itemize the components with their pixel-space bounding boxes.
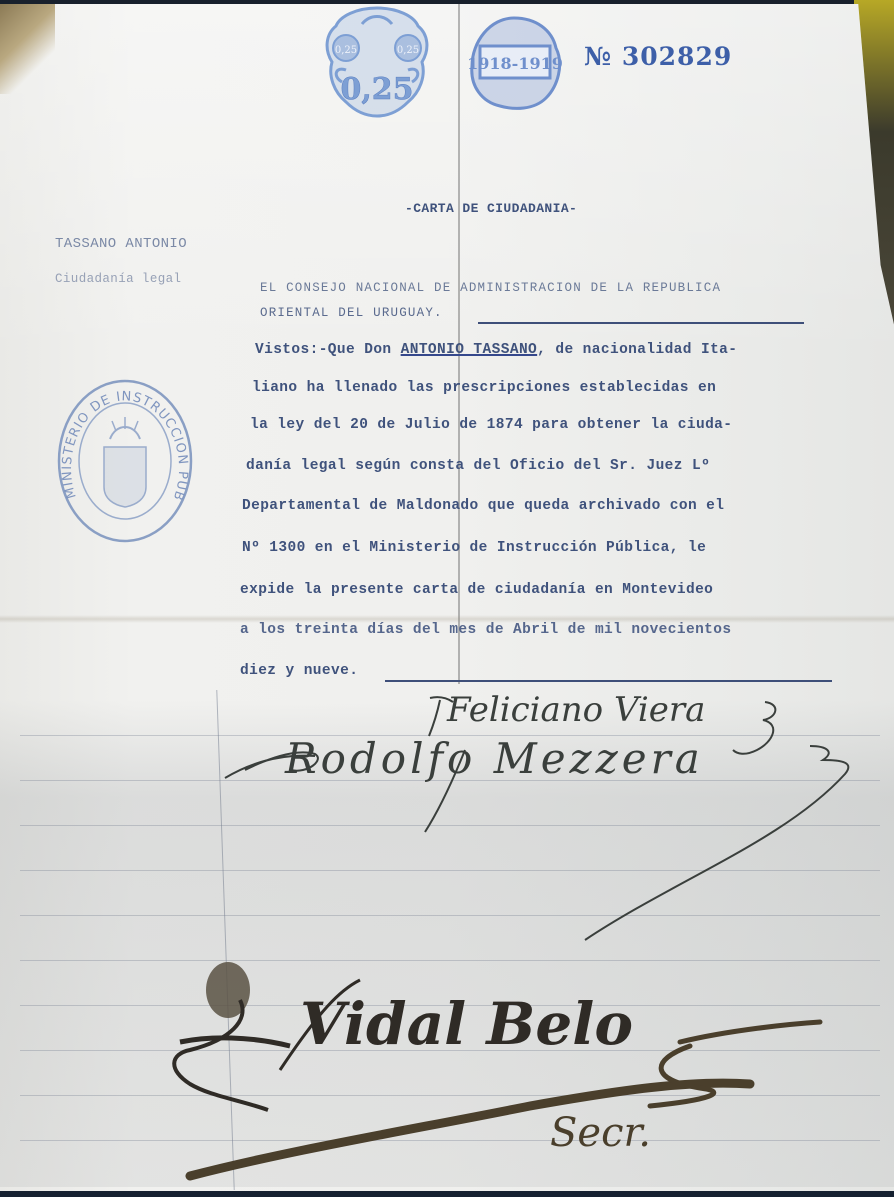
body-line-6: danía legal según consta del Oficio del … xyxy=(246,458,710,474)
svg-text:0,25: 0,25 xyxy=(340,72,413,107)
ministry-seal-icon: MINISTERIO DE INSTRUCCION PUBLICA xyxy=(54,377,196,545)
svg-text:0,25: 0,25 xyxy=(335,45,357,56)
year-stamp: 1918-1919 xyxy=(466,14,562,112)
bottom-border xyxy=(0,1191,894,1197)
signature-secretary-mark: Secr. xyxy=(550,1110,651,1156)
year-stamp-text: 1918-1919 xyxy=(467,54,562,73)
body-line-3-prefix: Vistos:-Que Don xyxy=(255,342,401,358)
body-line-3-suffix: , de nacionalidad Ita- xyxy=(537,342,737,358)
document-photo: 0,25 0,25 0,25 1918-1919 № 302829 -CARTA… xyxy=(0,0,894,1197)
top-border xyxy=(0,0,894,4)
signature-vidal-belo: Vidal Belo xyxy=(300,990,633,1058)
margin-name: TASSANO ANTONIO xyxy=(55,236,187,252)
document-title: -CARTA DE CIUDADANIA- xyxy=(405,201,577,216)
fill-line xyxy=(478,322,804,324)
ruled-line xyxy=(20,915,880,916)
margin-note: Ciudadanía legal xyxy=(55,272,181,286)
svg-text:0,25: 0,25 xyxy=(397,45,419,56)
signature-block-2: Vidal Belo Secr. xyxy=(170,950,870,1190)
year-stamp-icon: 1918-1919 xyxy=(466,14,562,112)
signature-feliciano-viera: Feliciano Viera xyxy=(447,690,705,730)
signature-rodolfo-mezzera: Rodolfo Mezzera xyxy=(285,734,704,783)
signature-block-1: Feliciano Viera Rodolfo Mezzera xyxy=(225,690,875,840)
body-line-11: diez y nueve. xyxy=(240,663,358,679)
body-line-10: a los treinta días del mes de Abril de m… xyxy=(240,622,731,638)
fiscal-stamp-icon: 0,25 0,25 0,25 xyxy=(322,4,432,119)
signature-2-strokes xyxy=(170,950,870,1190)
body-line-7: Departamental de Maldonado que queda arc… xyxy=(242,498,724,514)
ministry-seal: MINISTERIO DE INSTRUCCION PUBLICA xyxy=(54,377,196,545)
body-line-2: ORIENTAL DEL URUGUAY. xyxy=(260,306,443,320)
body-line-5: la ley del 20 de Julio de 1874 para obte… xyxy=(250,417,732,433)
fiscal-stamp: 0,25 0,25 0,25 xyxy=(322,4,432,119)
body-line-4: liano ha llenado las prescripciones esta… xyxy=(252,380,716,396)
body-line-3: Vistos:-Que Don ANTONIO TASSANO, de naci… xyxy=(255,342,737,358)
ruled-line xyxy=(20,870,880,871)
body-line-8: Nº 1300 en el Ministerio de Instrucción … xyxy=(242,540,706,556)
named-person: ANTONIO TASSANO xyxy=(401,342,538,358)
body-line-9: expide la presente carta de ciudadanía e… xyxy=(240,582,713,598)
paper-corner-fold xyxy=(0,4,55,94)
serial-number: № 302829 xyxy=(584,42,732,71)
body-line-1: EL CONSEJO NACIONAL DE ADMINISTRACION DE… xyxy=(260,281,721,295)
fill-line xyxy=(385,680,832,682)
